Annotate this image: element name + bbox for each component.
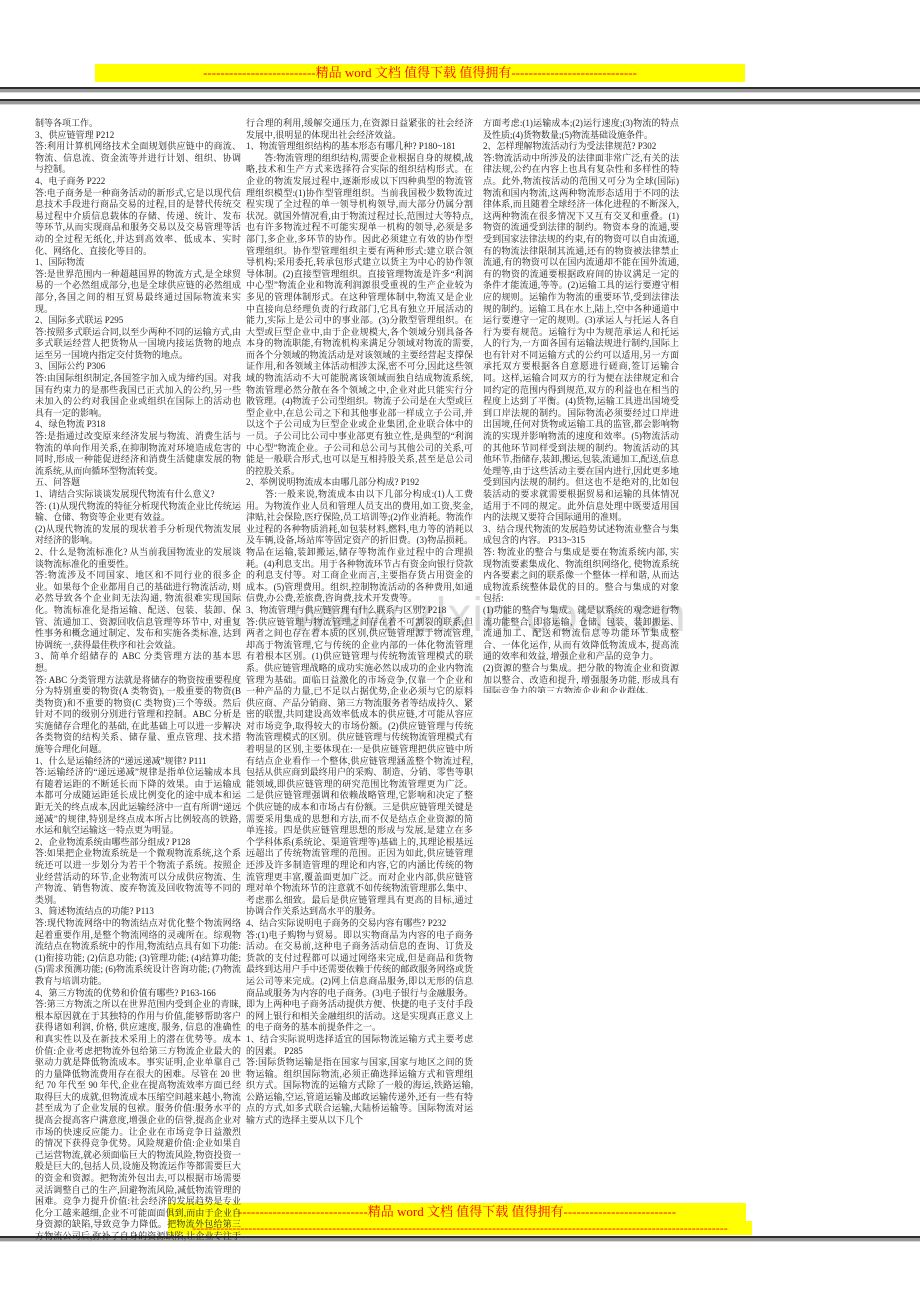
header-highlight-banner: --------------------------精品 word 文档 值得下… xyxy=(95,64,745,82)
paragraph: 4、电子商务 P222 xyxy=(35,176,241,188)
paragraph: 4、绿色物流 P318 xyxy=(35,419,241,431)
paragraph: (2)资源的整合与集成。把分散的物流企业和资源加以整合、改造和提升, 增强服务功… xyxy=(483,663,679,693)
paragraph: 2、什么是物流标准化? 从当前我国物流业的发展谈谈物流标准化的重要性。 xyxy=(35,547,241,570)
horizontal-rule-top-2 xyxy=(0,99,920,105)
paragraph: 4、结合实际说明电子商务的交易内容有哪些? P232 xyxy=(246,918,473,930)
paragraph: 1、什么是运输经济的“递远递减”规律? P111 xyxy=(35,756,241,768)
paragraph: 3、供应链管理 P212 xyxy=(35,130,241,142)
paragraph: 2、怎样理解物流活动行为受法律规范? P302 xyxy=(483,141,679,153)
paragraph: 答:运输经济的“递远递减”规律是指单位运输成本具有随着运距的不断延长而下降的效果… xyxy=(35,767,241,837)
paragraph: 答:物流管理的组织结构,需要企业根据自身的规模,战略,技术和生产方式来选择符合实… xyxy=(246,153,473,478)
paragraph: 答:由国际组织制定,各国签字加入成为缔约国。对我国有约束力的是那些我国已正式加入… xyxy=(35,373,241,419)
paragraph: (1)功能的整合与集成。就是以系统的观念进行物流功能整合, 即将运输、仓储、包装… xyxy=(483,605,679,663)
paragraph: 2、企业物流系统由哪些部分组成? P128 xyxy=(35,837,241,849)
paragraph: 4、第三方物流的优势和价值有哪些? P163-166 xyxy=(35,988,241,1000)
paragraph: 答:供应链管理与物流管理之间存在着不可割裂的联系,但两者之间也存在着本质的区别,… xyxy=(246,617,473,918)
paragraph: 答:一般来说,物流成本由以下几部分构成:(1)人工费用。为物流作业人员和管理人员… xyxy=(246,489,473,605)
paragraph: 制等各项工作。 xyxy=(35,118,241,130)
paragraph: 1、请结合实际谈谈发展现代物流有什么意义? xyxy=(35,489,241,501)
paragraph: 1、结合实际说明选择适宜的国际物流运输方式主要考虑的因素。 P285 xyxy=(246,1034,473,1057)
paragraph: 答:第三方物流之所以在世界范围内受到企业的青睐,根本原因就在于其独特的作用与价值… xyxy=(35,999,241,1242)
paragraph: 行合理的利用,缓解交通压力,在资源日益紧张的社会经济发展中,很明显的体现出社会经… xyxy=(246,118,473,141)
horizontal-rule-top-1 xyxy=(0,87,920,93)
paragraph: 3、简述物流结点的功能? P113 xyxy=(35,906,241,918)
paragraph: 答:现代物流网络中的物流结点对优化整个物流网络起着重要作用,是整个物流网络的灵魂… xyxy=(35,918,241,988)
paragraph: 答:如果把企业物流系统是一个微观物流系统,这个系统还可以进一步划分为若干个物流子… xyxy=(35,848,241,906)
paragraph: 答:国际货物运输是指在国家与国家,国家与地区之间的货物运输。组织国际物流,必须正… xyxy=(246,1057,473,1127)
paragraph: 3、国际公约 P306 xyxy=(35,361,241,373)
paragraph: 1、物流管理组织结构的基本形态有哪几种? P180~181 xyxy=(246,141,473,153)
paragraph: 答:是世界范围内一种超越国界的物流方式,是全球贸易的一个必然组成部分,也是全球供… xyxy=(35,269,241,315)
paragraph: 答: (1)从现代物流的特征分析现代物流企业比传统运输、仓储、物资等企业更有效益… xyxy=(35,501,241,524)
paragraph: 答:利用计算机网络技术全面规划供应链中的商流、物流、信息流、资金流等并进行计划、… xyxy=(35,141,241,176)
paragraph: 3、结合现代物流的发展趋势试述物流业整合与集成包含的内容。 P313~315 xyxy=(483,524,679,547)
paragraph: 答:电子商务是一种商务活动的新形式,它是以现代信息技术手段进行商品交易的过程,目… xyxy=(35,188,241,258)
paragraph: 五、问答题 xyxy=(35,477,241,489)
text-column-1: 制等各项工作。3、供应链管理 P212答:利用计算机网络技术全面规划供应链中的商… xyxy=(35,118,241,1242)
paragraph: 答:物流活动中所涉及的法律面非常广泛,有关的法律法规,公约在内容上也具有复杂性和… xyxy=(483,153,679,524)
text-column-2: 行合理的利用,缓解交通压力,在资源日益紧张的社会经济发展中,很明显的体现出社会经… xyxy=(246,118,473,1242)
paragraph: 2、国际多式联运 P295 xyxy=(35,315,241,327)
paragraph: 1、国际物流 xyxy=(35,257,241,269)
text-column-3: 方面考虑:(1)运输成本;(2)运行速度;(3)物流的特点及性质;(4)货物数量… xyxy=(483,118,679,693)
paragraph: (2)从现代物流的发展的现状着手分析现代物流发展对经济的影响。 xyxy=(35,524,241,547)
document-page: --------------------------精品 word 文档 值得下… xyxy=(0,0,920,1302)
paragraph: 2、举例说明物流成本由哪几部分构成? P192 xyxy=(246,477,473,489)
paragraph: 答:按照多式联运合同,以至少两种不同的运输方式,由多式联运经营人把货物从一国境内… xyxy=(35,327,241,362)
paragraph: 答: 物流业的整合与集成是要在物流系统内部, 实现物流要素集成化、物流组织网络化… xyxy=(483,547,679,605)
paragraph: 答: ABC 分类管理方法就是将储存的物资按重要程度分为特别重要的物资(A 类物… xyxy=(35,675,241,756)
paragraph: 3、物流管理与供应链管理有什么联系与区别? P218 xyxy=(246,605,473,617)
paragraph: 方面考虑:(1)运输成本;(2)运行速度;(3)物流的特点及性质;(4)货物数量… xyxy=(483,118,679,141)
paragraph: 3、简单介绍储存的 ABC 分类管理方法的基本思想。 xyxy=(35,651,241,674)
paragraph: 答:是指通过改变原来经济发展与物流、消费生活与物流的单向作用关系,在抑制物流对环… xyxy=(35,431,241,477)
paragraph: 答:物流涉及不同国家、地区和不同行业的很多企业。如果每个企业都用自己的基础进行物… xyxy=(35,570,241,651)
paragraph: 答:(1)电子购物与贸易。即以实物商品为内容的电子商务活动。在交易前,这种电子商… xyxy=(246,930,473,1034)
